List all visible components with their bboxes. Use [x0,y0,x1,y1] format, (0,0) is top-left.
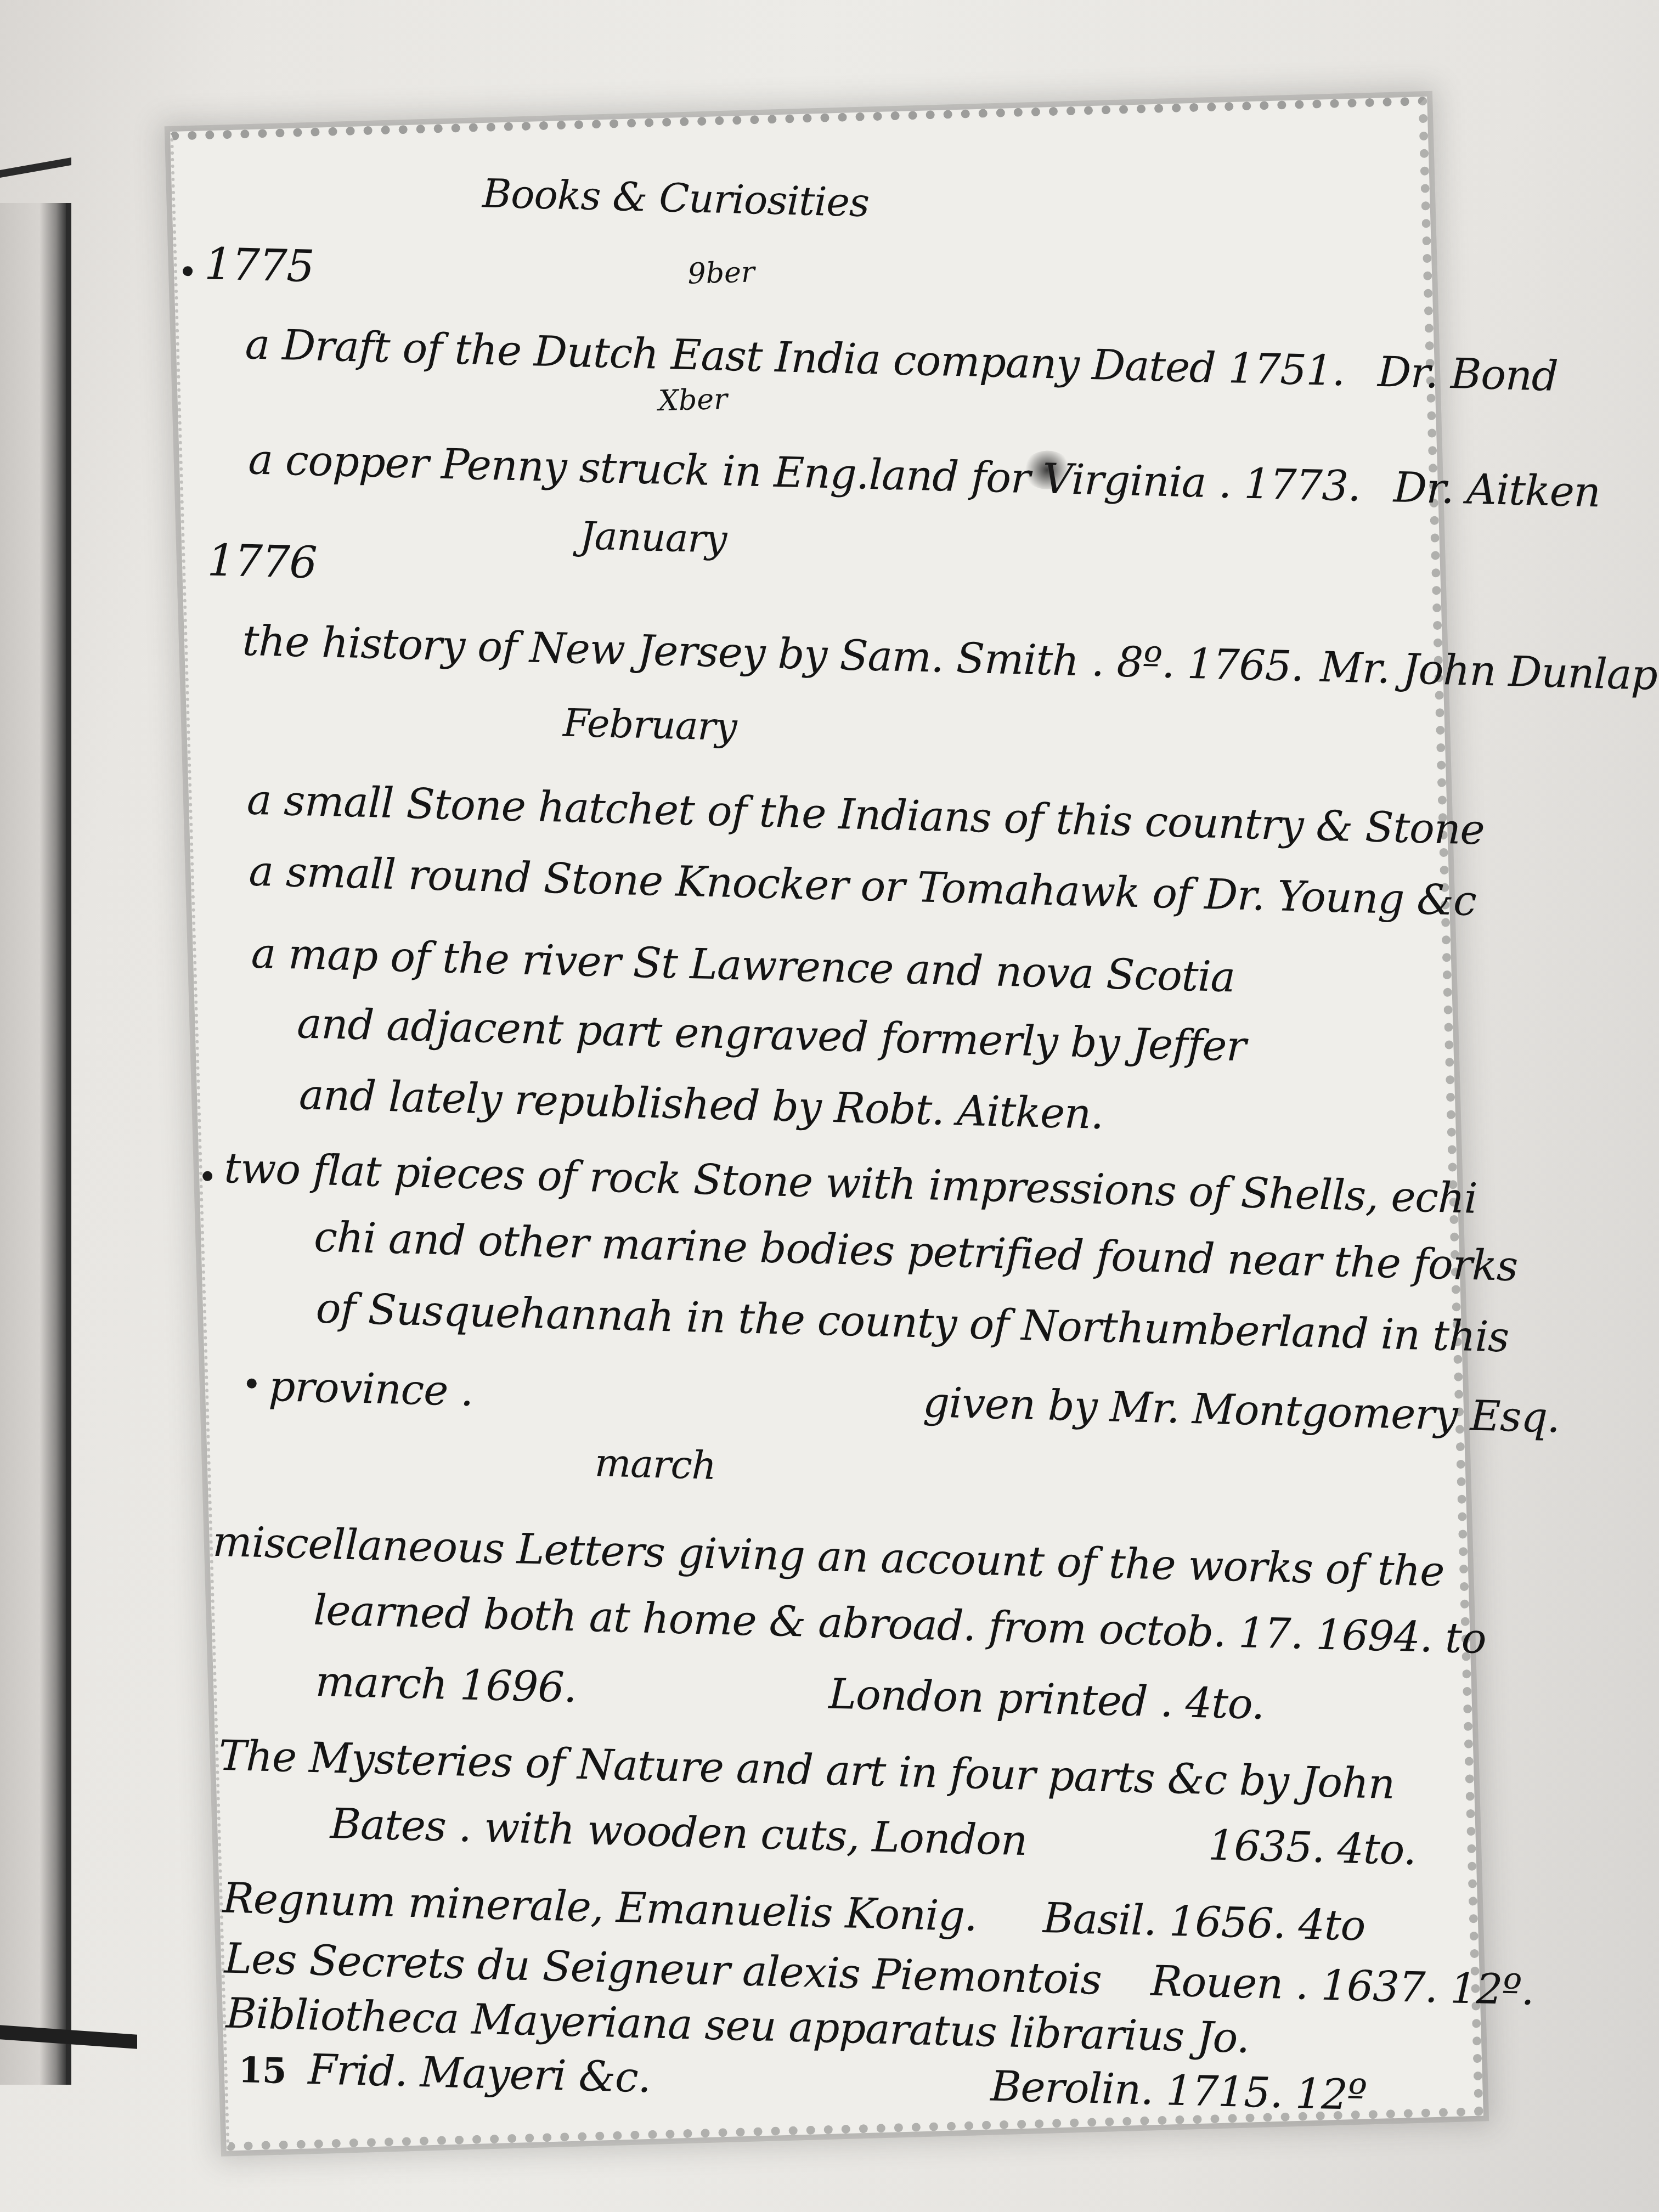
entry-mysteries-of-nature-line-2: Bates . with wooden cuts, London1635. 4t… [330,1799,1417,1874]
entry-text: province . [268,1362,474,1415]
page-number: 15 [238,2050,287,2092]
month-february: February [562,700,737,749]
entry-text: a Draft of the Dutch East India company … [245,319,1346,395]
entry-text: the history of New Jersey by Sam. Smith … [242,616,1305,691]
entry-imprint: Berolin. 1715. 12º [990,2061,1367,2119]
entry-donor: Dr. Aitken [1393,462,1601,516]
margin-bullet [202,1171,212,1181]
entry-donor: Dr. Bond [1377,347,1559,400]
entry-miscellaneous-letters-line-3: march 1696.London printed . 4to. [315,1657,1265,1729]
entry-stone-hatchet: a small Stone hatchet of the Indians of … [246,775,1485,854]
entry-imprint: 1635. 4to. [1207,1820,1417,1874]
month-xber: Xber [658,383,728,417]
margin-bullet [183,266,193,276]
entry-mysteries-of-nature-line-1: The Mysteries of Nature and art in four … [218,1731,1396,1808]
entry-text: Regnum minerale, Emanuelis Konig. [222,1874,978,1941]
entry-rock-stone-shells-line-1: two flat pieces of rock Stone with impre… [224,1143,1478,1223]
entry-imprint: Rouen . 1637. 12º. [1150,1956,1534,2015]
entry-stone-knocker: a small round Stone Knocker or Tomahawk … [249,847,1477,926]
book-spine [0,203,71,2085]
entry-miscellaneous-letters-line-2: learned both at home & abroad. from octo… [313,1585,1486,1663]
entry-rock-stone-shells-line-4: province .given by Mr. Montgomery Esq. [268,1362,1560,1442]
entry-dutch-east-india-draft: a Draft of the Dutch East India company … [245,319,1559,400]
entry-history-new-jersey: the history of New Jersey by Sam. Smith … [242,616,1658,699]
entry-rock-stone-shells-line-3: of Susquehannah in the county of Northum… [315,1283,1509,1361]
entry-text: Frid. Mayeri &c. [308,2045,652,2102]
book-spine-top-edge [0,157,71,194]
margin-bullet [247,1378,257,1388]
entry-donor: given by Mr. Montgomery Esq. [922,1378,1560,1442]
entry-miscellaneous-letters-line-1: miscellaneous Letters giving an account … [212,1517,1445,1596]
year-1776: 1776 [207,534,318,588]
entry-text: march 1696. [315,1657,577,1712]
entry-imprint: Basil. 1656. 4to [1042,1893,1365,1950]
entry-map-st-lawrence-line-1: a map of the river St Lawrence and nova … [251,928,1235,1001]
month-9ber: 9ber [687,256,755,290]
page-heading: Books & Curiosities [482,170,870,225]
entry-donor: Mr. John Dunlap [1319,642,1657,699]
entry-virginia-penny: a copper Penny struck in Eng.land for Vi… [248,435,1601,516]
entry-map-st-lawrence-line-2: and adjacent part engraved formerly by J… [296,998,1246,1070]
entry-text: Bates . with wooden cuts, London [330,1799,1028,1865]
entry-rock-stone-shells-line-2: chi and other marine bodies petrified fo… [313,1212,1518,1290]
year-1775: 1775 [204,238,315,292]
entry-text: a copper Penny struck in Eng.land for Vi… [248,435,1362,511]
month-january: January [579,513,727,562]
month-march: march [594,1440,716,1488]
manuscript-page: Books & Curiosities 1775 9ber a Draft of… [170,97,1483,2151]
entry-imprint: London printed . 4to. [828,1669,1265,1729]
entry-map-st-lawrence-line-3: and lately republished by Robt. Aitken. [298,1070,1104,1138]
